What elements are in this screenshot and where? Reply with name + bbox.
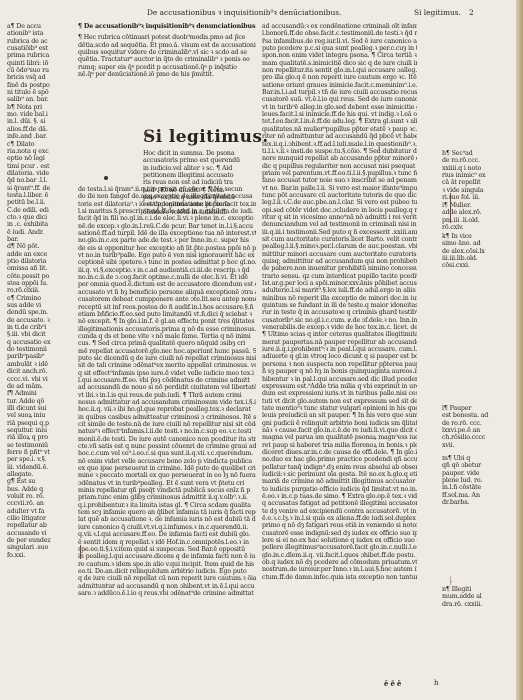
note-line: ri.suo fol. iii. [442, 194, 502, 201]
signature-letter: h [434, 679, 439, 687]
text-line: per omnia quod.ē.dictum est de accusator… [78, 281, 256, 288]
text-line: puto pcedere p.c.si qua sunt pealleg.ꝛ p… [262, 45, 417, 52]
text-line: si q̄rant⁹.ff. de [7, 185, 69, 192]
text-line: sationē.ff.ad turpil. Idē de illa except… [78, 230, 256, 237]
text-line: ad accusandū de nouo si nō perdidit ciui… [78, 384, 256, 391]
text-line: timi pcur . est [7, 163, 69, 170]
text-line: no.glo.in.c.ex parte ade.de test.ꝛ per I… [78, 237, 256, 244]
text-line: ¶ Hec rubrica cōtinuari potest duob⁹modi… [78, 34, 256, 41]
text-line: iure canonico q̄ ciuili.vt.vi.q.i.infame… [78, 524, 256, 531]
text-line: cusatorē suū. vt.ē.l.io qui reus. Sed de… [262, 96, 417, 103]
text-line: fo.xxi. [7, 552, 69, 559]
text-line: quisq; admittitur ad accusandum qui non … [262, 258, 417, 265]
text-line: in.l. dūi. §. si [7, 118, 69, 125]
text-line: parib⁹pasib⁹ [7, 353, 69, 360]
text-line: de testa.l.si q̄ram⁹.ii.q.i.in primis cū… [78, 186, 256, 193]
text-line: allegato. [7, 471, 69, 478]
text-line: primo q nō dȝ fatigari reus etiā in veni… [262, 522, 417, 529]
text-line: tex.ii.q.i.ɔhibent.ꝛ.ff.ad.l.iuli.male.l… [262, 141, 417, 148]
text-line: de accusato. ꝛ [7, 317, 69, 324]
text-line: cte.vñ satis est q nunc possint cōuenri … [78, 443, 256, 450]
text-line: cto.ꝛ que dici [7, 214, 69, 221]
text-line: ñ sȝ pauper q nō hȝ in bonis quinquagint… [262, 368, 417, 375]
text-line: ad accusandū:ꝛ ex condēnatione criminali… [262, 23, 417, 30]
text-line: a¶ De accu [7, 23, 69, 30]
text-line: tuti vt dicit glo.autem non est expressu… [262, 398, 417, 405]
note-line: xxiiii.q i noto [442, 165, 502, 172]
text-line: nostrum.de iureiur.per Inno.ꝛ in.l.aui.§… [262, 566, 417, 573]
text-line: sit de tali crimine ɔdēnat⁹ex merito app… [78, 362, 256, 369]
text-line: opi.sed cōtēr videt doc.ɔcludere in loci… [262, 207, 417, 214]
text-line: adiuerte q gl.in vtroq loco dicunt q si … [262, 353, 417, 360]
text-line: tet.f.eo.facit.l.in.ē.ff.de adu.leg. ¶ E… [262, 118, 417, 125]
text-line: riā illoꝝ q pro [7, 434, 69, 441]
text-line: accusatoris primo est querendū [143, 157, 258, 164]
note-line: mum.adde al [442, 593, 502, 600]
text-line: dētia.scdo ad sequētia. Et pmo.ā. visum … [78, 42, 256, 49]
text-line: cus. ¶ Sed circa primā qualitatē quero n… [78, 340, 256, 347]
text-line: ē.eo.ꝛ in.c.p tuas.de simo. ¶ Extra glo.… [262, 493, 417, 500]
text-line: no.duo ex hac glo.primo practice pcedend… [262, 456, 417, 463]
text-line: rur in teste q̄ in accusatoꝛe q criminis… [262, 309, 417, 316]
text-line: bus. Adde q [7, 486, 69, 493]
text-line: diceret diues.ar.in.c.de causa de offi.d… [262, 449, 417, 456]
text-line: eo.ti. Do.an.dicit relinquēdum arbitrio … [78, 568, 256, 575]
text-line: l.qui accusare.ff.eo. vbi p̄sȝ cōdēnatus… [78, 377, 256, 384]
text-line: natus⁹ꝛ effect⁹infamis.l.ii.de testi.ꝛ n… [78, 428, 256, 435]
running-title: De accusationibus ꝛ inquisitionib⁹ꝛ denū… [147, 8, 341, 18]
text-line: lere si ei no.ex hac solutione q iudex e… [262, 537, 417, 544]
note-line: n¶ Illegiti [442, 586, 502, 593]
text-line: sare.ꝛ addūco.ē.l.io q reus.vbi ɔdēnat⁹d… [78, 590, 256, 597]
text-line: in iudicio.vel aliter ꝛ sc. ¶ Aid [143, 165, 258, 172]
note-line: de ro.rō. ccc. [442, 420, 502, 427]
text-line: receptū sit inf reos.postea do ñ audif.i… [78, 304, 256, 311]
text-line: quinti libri: iō [7, 60, 69, 67]
text-line: illegitimationis accusatoris.prima q nō … [78, 326, 256, 333]
section-heading: Si legitimus. [143, 127, 269, 147]
note-line: pm.iii .li.old. [442, 217, 502, 224]
text-line: dum est expressioni iuris.vt in turibus … [262, 390, 417, 397]
text-line: spe.eo.ti.§.i.v.item quid si suspecus. S… [78, 546, 256, 553]
text-line: ¶ Ultimo scias q inter ceteras qualitate… [262, 331, 417, 338]
text-line: rubrica de ac [7, 38, 69, 45]
text-line: mam qualitatē.s.inimicitiē dico sic q de… [262, 60, 417, 67]
text-line: cunda q ds et bone vite ꝛ nō male fame. … [78, 333, 256, 340]
text-line: etiam bñficio.ff.eo.sed puto limitandū v… [78, 311, 256, 318]
text-line: illi dicunt sui [7, 405, 69, 412]
text-line: q de iure ciuili nō repellat cū non repe… [78, 575, 256, 582]
text-line: stea oppōi lu. [7, 280, 69, 287]
text-line: dendū spe.in. [7, 309, 69, 316]
text-line: quintum se fundant in ili de teste.q mai… [262, 302, 417, 309]
text-line: mariā de crimine nō admittit illegitimus… [262, 478, 417, 485]
margin-note: n¶ Illegitimum.adde aldra.rō. cxxiii. [442, 586, 502, 608]
text-line: voluit ro. rō. [7, 493, 69, 500]
manuscript-caret: ᚿ [448, 576, 454, 587]
signature-mark: ēēē [384, 679, 403, 688]
text-line: iudicii:ꝛ sic perimunt oīa gesta. Itē no… [262, 471, 417, 478]
text-line: b¶ Nota pri [7, 104, 69, 111]
text-line: dic q pupillus regulariter non accusat n… [262, 163, 417, 170]
note-line: qñ qō ɔbetur [442, 462, 502, 469]
note-line: dr.barba. [442, 499, 502, 506]
text-line: ctum.ff.de damn.infec.quia ista exceptio… [262, 574, 417, 581]
text-line: singulari .suo [7, 544, 69, 551]
text-line: monii.ē.de testi. De iure autē canonico … [78, 436, 256, 443]
note-line: de alex.cōsi.lx [442, 248, 502, 255]
text-line: pro illa glo.q ē non reperit iure cautum… [262, 74, 417, 81]
text-line: ferre ñ pñt⁹ vt [7, 449, 69, 456]
text-line: denunciandum vel ad testimonii in crimin… [262, 221, 417, 228]
text-line: cū ōdo⁹suo ru [7, 67, 69, 74]
text-line: fano accusat tutor noie suo.ꝛ inscribit … [262, 177, 417, 184]
text-line: vel suoꝝ iniu [7, 412, 69, 419]
note-line: est bonesta. ad [442, 412, 502, 419]
text-line: leues.facit.l.si inimicie.ff.de his qui.… [262, 111, 417, 118]
note-line: cōsi.cxxi. [442, 262, 502, 269]
text-line: venerabilis.de excep.ꝛ vide de hoc tex.i… [262, 324, 417, 331]
text-line: q sit effect⁹infamis ipso iure.ē videt v… [78, 370, 256, 377]
text-line: q̄d no.bar .l.l. [7, 177, 69, 184]
text-line: e¶ Crimino [7, 295, 69, 302]
text-line: de ad mām. [7, 383, 69, 390]
text-line: ro.rō.clxiii. [7, 287, 69, 294]
text-line: nore nunquid repellat ab accusando pp̄te… [262, 155, 417, 162]
text-line: no.in.c.ii.de ɔ.cog.facit optime.c.nulli… [78, 274, 256, 281]
text-line: nō excepit. ¶ In glo.i.in.f. ē gl.an eff… [78, 318, 256, 325]
text-line: ritur q sit in vicesimo anno⁹nā nō admit… [262, 214, 417, 221]
text-line: admittuntur ad accusandū q non ɔhibent.v… [78, 583, 256, 590]
text-line: adulterio.l.si marit⁹.§.lex iuli.ff.de a… [262, 287, 417, 294]
text-line: in .c. exhibita [7, 221, 69, 228]
text-line: eptio nō legi [7, 155, 69, 162]
text-line: cilio litigator [7, 515, 69, 522]
text-line: petitū be.l.ii. [7, 199, 69, 206]
text-line: Hoc dicit in summa. De psona [143, 150, 258, 157]
text-line: ambulāt ꝛ idē [7, 361, 69, 368]
note-line: l¶ Pauper [442, 405, 502, 412]
text-line: in quibus casibus admitteatur criminosi … [78, 414, 256, 421]
text-line: se testimoniū [7, 442, 69, 449]
text-line: hibentur ꝛ in pal.l.qui accusare.sed dic… [262, 376, 417, 383]
text-line: sit cum auctoritate curatoris.licet Bart… [262, 236, 417, 243]
text-line: nosus admittatur ad accusandum criminosu… [78, 399, 256, 406]
text-line: ceptionē sibi ɔpetere.ꝛ tunc in postea a… [78, 259, 256, 266]
text-line: c¶ Dilato [7, 141, 69, 148]
note-line: in.l.ñ cōstāte [442, 484, 502, 491]
note-line: dra.rō. cxxiii. [442, 601, 502, 608]
text-line: alios.ff.de dā. [7, 126, 69, 133]
text-line: omissa añ lit. [7, 265, 69, 272]
page-edge [516, 0, 523, 700]
text-line: vt no.in turib⁹palle. Ego puto ē ven nis… [78, 252, 256, 259]
text-line: ti.l.i.ꝛ.ii.ꝛ insti.de suspe.tu.§.cōio. … [262, 148, 417, 155]
text-line: cccc.vi. vbi vi [7, 376, 69, 383]
text-line: ret paup si haberet tria milia florenoꝝ … [262, 442, 417, 449]
text-line: nāꝛ ꝛ cause.facit glo.in.c.ē.de re iudi.… [262, 427, 417, 434]
text-line: nō enim videt velle accusare bono zelo p… [78, 458, 256, 465]
text-line: quētia. Tractatur⁹ auctor in q̄to de cri… [78, 56, 256, 63]
text-line: q.i.prohibentur.ꝛ ita limita istas gl. ¶… [78, 502, 256, 509]
text-line: nē.q̄ꝰ per denūciationē.iō pmo de his p̄… [78, 71, 256, 78]
manuscript-mark [145, 130, 146, 140]
text-line: cusatorem debeat cumpponere ante ɔte.lit… [78, 296, 256, 303]
text-line: to iudicis purgatio officio iudicis q̄d … [262, 486, 417, 493]
text-line: dilatoria. vide [7, 170, 69, 177]
text-line: g¶ Est su [7, 478, 69, 485]
text-line: riter nō admittuntur ad accusandū q̄d pb… [262, 133, 417, 140]
note-line: simo āno. ad [442, 240, 502, 247]
text-line: cusatiōib⁹ est [7, 45, 69, 52]
left-margin-gloss: a¶ De accuationib⁹ istarubrica de accusa… [7, 23, 69, 559]
text-line: satione oriunt graues inimicie.facit.c.m… [262, 82, 417, 89]
text-line: leg.l.ii.ꝛ.C.de auc.pbe.an.l.clar. Si ve… [262, 199, 417, 206]
text-line: ē sentit idem q repellat.ꝛ idē Hof.in.c.… [78, 539, 256, 546]
text-line: vt ibi.ꝛ in.l.is qui reus.de pub.iudi. ¶… [78, 392, 256, 399]
note-line: lxxvi.pe.ē an [442, 427, 502, 434]
margin-note: m¶ Ubi qqñ qō ɔbeturpauper. videplene lu… [442, 455, 502, 506]
text-line: tate mentio⁹ꝛ tunc statur vulgari opinio… [262, 405, 417, 412]
text-line: cccvii.rō. an [7, 500, 69, 507]
text-line: nē.de excep.ꝛ glo.in.l.reū.C.de pcur. Ba… [78, 223, 256, 230]
text-line: persona ꝛ non suspecta non repellitur pp… [262, 361, 417, 368]
column-a-intro: ¶ De accusationib⁹ꝛ inquisitionib⁹ꝛ denu… [78, 23, 256, 79]
text-line: facit q̄d in fili no.gl.in.c.i.de elec.l… [78, 215, 256, 222]
note-line: rō.cxlv. [442, 224, 502, 231]
text-line: ptio dilatoria [7, 258, 69, 265]
text-line: iure.ii.q.i.prohibent⁹:ꝛ in peal.l.qui a… [262, 346, 417, 353]
text-line: gni pudicii ē relinquit arbitrio boni iu… [262, 420, 417, 427]
text-line: ɔdēnatus vt in turib⁹pealleg. Et ē sunt … [78, 480, 256, 487]
text-line: de pabere.non inuenitur prohibitū nimino… [262, 265, 417, 272]
text-line: expressum est.⁹Adde tria milia q vbi exp… [262, 383, 417, 390]
text-line: tem scȝ infamie quero an q̄libet infamia… [78, 509, 256, 516]
text-line: minis repellatur qñ pseq̄t vindictā publ… [78, 487, 256, 494]
text-line: in ti.de crib⁹i [7, 324, 69, 331]
text-line: vt no. Bar.in palle.l.ii. Si vero est ma… [262, 185, 417, 192]
page-header: De accusationibus ꝛ inquisitionib⁹ꝛ denū… [0, 4, 516, 18]
text-line: hoc.ii.q. vii.ꝛ ibi ho.gl.que reprobat p… [78, 406, 256, 413]
text-line: per spe.i. v.§. [7, 456, 69, 463]
text-line: d¶ Nō pōt. [7, 243, 69, 250]
text-line: q accusatio ex [7, 339, 69, 346]
text-line: C.de edili. edi [7, 207, 69, 214]
note-line: rius inimic⁹ ex [442, 172, 502, 179]
note-line: plene lud. ro. [442, 477, 502, 484]
ink-dot [104, 176, 108, 180]
note-line: xvii. [442, 442, 502, 449]
text-line: adulter vt fa [7, 508, 69, 515]
text-line: dicit anch.rō. [7, 368, 69, 375]
text-line: mittitur minori accusare cum auctoritate… [262, 251, 417, 258]
text-line: magna vel parua sm qualitatē psonaꝝ magn… [262, 434, 417, 441]
text-line: Ist.ar.g.per loci a spēi.minor.xxv.ānis … [262, 280, 417, 287]
text-line: hoc.c.cum vel ce⁹.i.eo.c.si qua sunt.ii.… [78, 450, 256, 457]
text-line: mo. vide bal.i [7, 111, 69, 118]
text-line: r̄sa infamibus.de reg.iur.li.vi. Sed ē i… [262, 38, 417, 45]
note-line: ꝛ vide singula [442, 187, 502, 194]
text-line: tur. Adde qō [7, 398, 69, 405]
text-line: sequitur. iniu [7, 427, 69, 434]
note-line: i¶ Mulier. [442, 202, 502, 209]
text-line: q.vii.ꝛ.l.qui accusare.ff.eo. De infamia… [78, 531, 256, 538]
text-line: do testimonii [7, 346, 69, 353]
text-line: sus adde vi [7, 302, 69, 309]
text-line: bricis vsq̄ ad [7, 74, 69, 81]
text-line: puto sic dicendū q de iure ciuili nō rep… [78, 355, 256, 362]
text-line: ē iudi. Andr. [7, 229, 69, 236]
text-line: pellatur tanq̄ indign⁹.dȝ enim reus abso… [262, 464, 417, 471]
text-line: mine ꝛ peccato mortali ex quo perseuerat… [78, 472, 256, 479]
text-line: prima rubrica [7, 52, 69, 59]
text-line: lat quē ab accusatione ꝛ. de infamia iur… [78, 516, 256, 523]
text-line: qualitates.nā mulier⁹pupillus pp̄ter eta… [262, 126, 417, 133]
text-line: testa.l.liber. ē [7, 192, 69, 199]
text-line: pellere illegitimus⁹accusatorē.facit glo… [262, 544, 417, 551]
text-line: re cautum.ꝛ idem spe.in alio v.qui incip… [78, 561, 256, 568]
text-line: bar. [7, 236, 69, 243]
note-line: cā āt repellit [442, 179, 502, 186]
note-line: iii.iii.lib.old. [442, 255, 502, 262]
text-line: cusatorib⁹.sic no.gl.i.c.cum. ꝟ.de ɔf.de… [262, 317, 417, 324]
text-line: te dȝ venire ad excipiendū contra accusa… [262, 508, 417, 515]
text-line: iii.q.iii.i testimonii.Sed puto q ñ exce… [262, 229, 417, 236]
text-line: cōte.possit po [7, 273, 69, 280]
text-line: f¶ Admini [7, 390, 69, 397]
text-line: rumq; super eis q̄ꝰ pcedit p accusationē… [78, 64, 256, 71]
note-line: de ro.rō.ccc. [442, 157, 502, 164]
manuscript-mark [450, 193, 451, 223]
text-line: cit simile de teste.nā de iure ciuili nō… [78, 421, 256, 428]
margin-note: h¶ Sec⁹adde ro.rō.ccc.xxiiii.q i notoriu… [442, 150, 502, 201]
text-line: de eis si opponitur hec exceptio añ lit.… [78, 245, 256, 252]
text-line: ob.q iudex nō dȝ pcedere ad cōmodum priu… [262, 559, 417, 566]
text-line: infe.and .bar. [7, 133, 69, 140]
text-line: ni titulo ē spō [7, 89, 69, 96]
text-line: spon.non enim videt integra psona. ¶ Cir… [262, 52, 417, 59]
book-page: De accusationibus ꝛ inquisitionib⁹ꝛ denū… [0, 0, 516, 700]
text-line: quibus sequitur videre de criminalib⁹.vl… [78, 49, 256, 56]
text-line: iii. videndū.ē. [7, 464, 69, 471]
note-line: ch.rōsilio.cccc [442, 434, 502, 441]
note-line: ff.sol.ma. An [442, 492, 502, 499]
text-line: ē.e.ꝛ.c.lȝ.ꝛ in.l.si quis ex aliena.ff.d… [262, 515, 417, 522]
text-line: vt in turib⁹ē alleg.in glo.sed debent es… [262, 104, 417, 111]
text-line: repellatur ab [7, 522, 69, 529]
text-line: q accusatus fatigat ad petitionē illegit… [262, 500, 417, 507]
text-line: merat paupertas.nā pauper repellitur ab … [262, 339, 417, 346]
text-line: mē repellat accusatorē.glo.nec hoc.aperi… [78, 348, 256, 355]
text-line: l.bonorū.ff.de obse.facit.c.testimoniū.d… [262, 30, 417, 37]
text-line: cusatorē esse indignū:sed dȝ iudex ex of… [262, 530, 417, 537]
text-line: Bar.in.l.i.ad turpil.ꝛ tñ de iure ciuili… [262, 89, 417, 96]
folio-number: 2 [469, 8, 474, 17]
margin-note: k¶ In vicesimo āno. adde alex.cōsi.lxiii… [442, 233, 502, 270]
note-line: k¶ In vice [442, 233, 502, 240]
note-line: m¶ Ubi q [442, 455, 502, 462]
text-line: accusando vi [7, 530, 69, 537]
text-line: trario sensu. qz cum interdicat pupillo … [262, 273, 417, 280]
manuscript-mark [80, 545, 81, 559]
text-line: adde an exce [7, 251, 69, 258]
text-line: toris est dilatoria⁹.ꝛ iō est pponenda a… [78, 201, 256, 208]
text-line: tunc pōt accusare cū auctoritate tutoris… [262, 192, 417, 199]
text-line: l.si maritus.§.prescriptionē.ff.de adul.… [78, 208, 256, 215]
note-line: adde alex.rō. [442, 209, 502, 216]
note-line: h¶ Sec⁹ad [442, 150, 502, 157]
text-line: glo.in.c.dlem.ii.q. vii.facit.l.quos ɔhi… [262, 552, 417, 559]
margin-note: i¶ Mulier.adde alex.rō.pm.iii .li.old.rō… [442, 202, 502, 231]
note-line: pauper. vide [442, 470, 502, 477]
margin-note: l¶ Pauperest bonesta. adde ro.rō. ccc.lx… [442, 405, 502, 449]
column-a-commentary: de testa.l.si q̄ram⁹.ii.q.i.in primis cū… [78, 186, 256, 597]
text-line: ationib⁹ ista [7, 30, 69, 37]
intro-paragraph: ¶ Hec rubrica cōtinuari potest duob⁹modi… [78, 34, 256, 78]
text-line: salib⁹ an. bar. [7, 96, 69, 103]
text-line: do ibi non fangef de.ar.q exceptio de il… [78, 193, 256, 200]
running-head-right: Si legitimus. [414, 8, 461, 17]
text-line: pealleg.l.ii.§.minoꝛ.per.l.clarum de auc… [262, 243, 417, 250]
text-line: ex quo ipse perseuerat in crimine. Idē p… [78, 465, 256, 472]
text-line: non repellitur.ita sentit glo.in.l.qui a… [262, 67, 417, 74]
text-line: accusato vt ñ hȝ beneficio persone aliqu… [78, 289, 256, 296]
text-line: §.iii. vbi dicit [7, 331, 69, 338]
text-line: finē ds postpo [7, 82, 69, 89]
text-line: petitionem illegitimi accusato [143, 172, 258, 179]
text-line: leuis preiudicii an sit pauper. ¶ In his… [262, 412, 417, 419]
rubric-title: ¶ De accusationib⁹ꝛ inquisitionib⁹ꝛ denu… [78, 23, 256, 30]
text-line: in pealleg.l.qui accusare.dicens q de in… [78, 553, 256, 560]
text-line: iii.q. vi.§.exceptio.ꝛ in.c.ad audientiā… [78, 267, 256, 274]
text-line: priam vel parentum.vt.ff.eo.ti.l.ii.§.pu… [262, 170, 417, 177]
text-line: priam.tunc enim glibȝ criminosus admitti… [78, 494, 256, 501]
text-line: de per eundez [7, 537, 69, 544]
text-line: minibus nō reperit illa exceptio de mino… [262, 295, 417, 302]
column-b-commentary: ad accusandū:ꝛ ex condēnatione criminali… [262, 23, 417, 581]
text-line: ria.nota q exc [7, 148, 69, 155]
text-line: riā psequi q.p [7, 420, 69, 427]
